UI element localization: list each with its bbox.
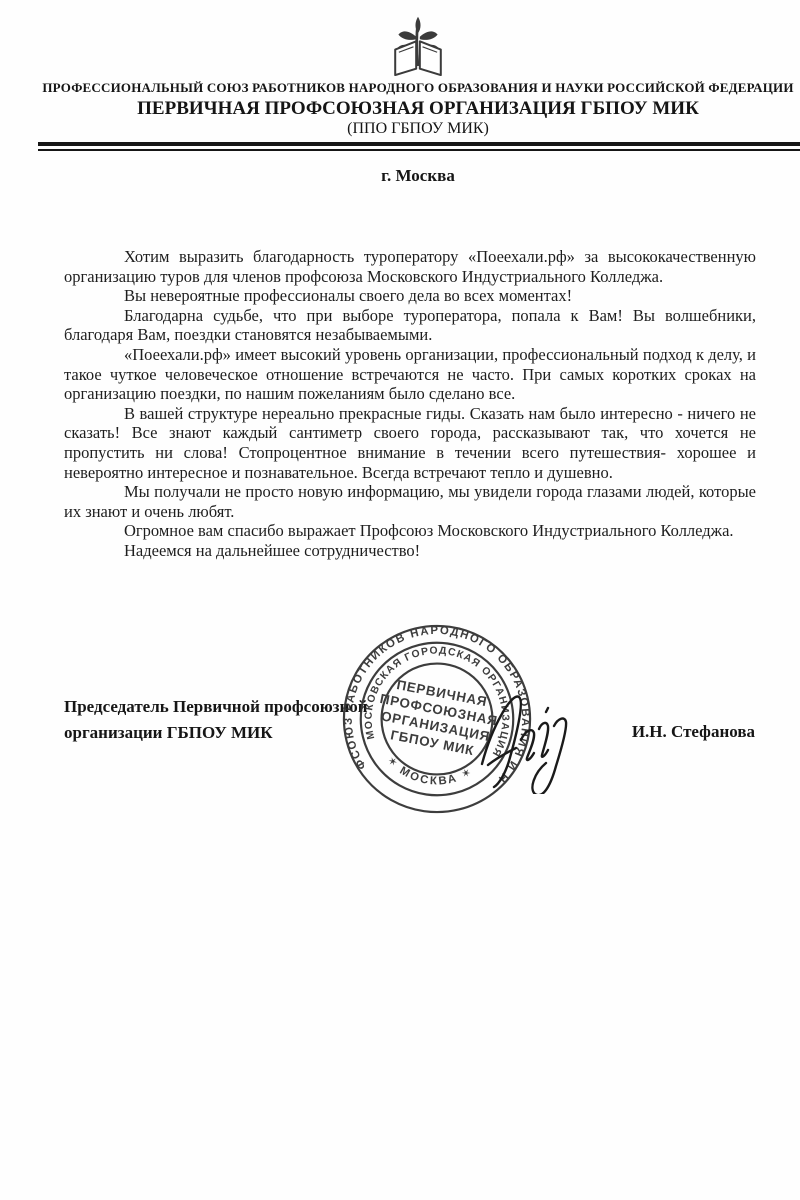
letterhead: ПРОФЕССИОНАЛЬНЫЙ СОЮЗ РАБОТНИКОВ НАРОДНО… <box>0 0 800 138</box>
org-federation-line: ПРОФЕССИОНАЛЬНЫЙ СОЮЗ РАБОТНИКОВ НАРОДНО… <box>36 80 800 95</box>
org-abbreviation: (ППО ГБПОУ МИК) <box>36 120 800 138</box>
signer-name: И.Н. Стефанова <box>632 719 755 745</box>
paragraph-1: Хотим выразить благодарность туроператор… <box>64 247 756 286</box>
paragraph-2: Вы невероятные профессионалы своего дела… <box>64 286 756 306</box>
paragraph-6: Мы получали не просто новую информацию, … <box>64 482 756 521</box>
paragraph-4: «Поеехали.рф» имеет высокий уровень орга… <box>64 345 756 404</box>
paragraph-8: Надеемся на дальнейшее сотрудничество! <box>64 541 756 561</box>
union-emblem-icon <box>390 14 446 76</box>
org-title: ПЕРВИЧНАЯ ПРОФСОЮЗНАЯ ОРГАНИЗАЦИЯ ГБПОУ … <box>36 97 800 120</box>
paragraph-5: В вашей структуре нереально прекрасные г… <box>64 404 756 482</box>
handwritten-signature <box>466 662 586 794</box>
scanned-letter-document: ПРОФЕССИОНАЛЬНЫЙ СОЮЗ РАБОТНИКОВ НАРОДНО… <box>0 0 800 1200</box>
letterhead-divider <box>38 142 800 151</box>
paragraph-7: Огромное вам спасибо выражает Профсоюз М… <box>64 521 756 541</box>
letter-body: Хотим выразить благодарность туроператор… <box>64 247 756 561</box>
city-line: г. Москва <box>0 166 800 185</box>
paragraph-3: Благодарна судьбе, что при выборе туропе… <box>64 306 756 345</box>
